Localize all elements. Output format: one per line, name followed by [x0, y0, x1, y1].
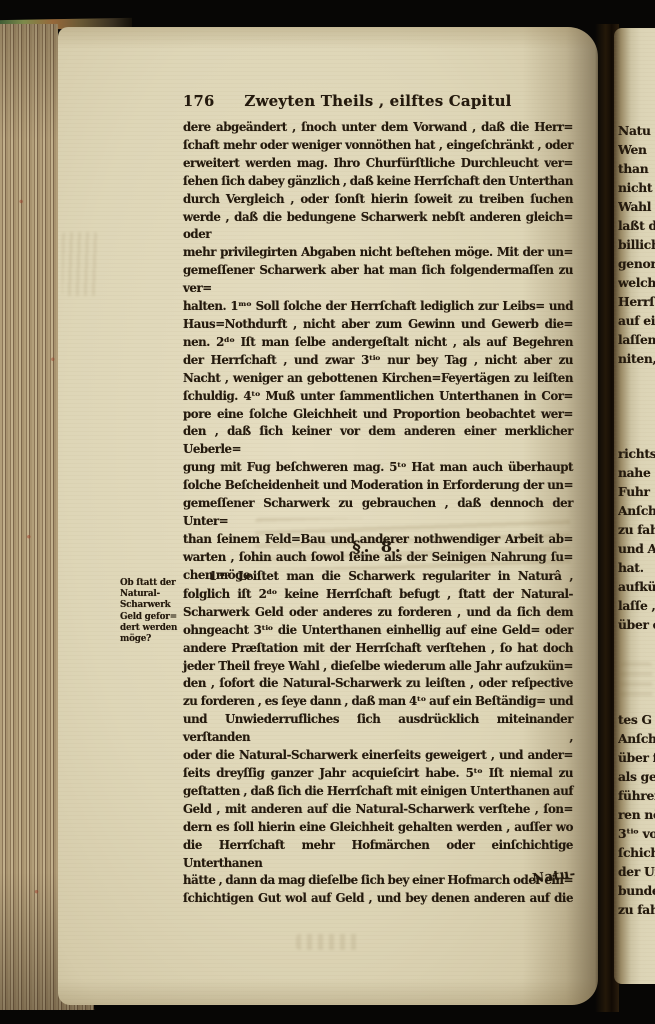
text-line: werde , daß die bedungene Scharwerk nebſ…: [183, 209, 573, 245]
text-line: ſchaft mehr oder weniger vonnöthen hat ,…: [183, 137, 573, 155]
text-line: ſolche Beſcheidenheit und Moderation in …: [183, 477, 573, 495]
showthrough-smudge: [62, 232, 98, 296]
text-fragment: über ſe: [618, 748, 655, 767]
text-line: dern es ſoll hierin eine Gleichheit geha…: [183, 819, 573, 837]
text-line: andere Præſtation mit der Herrſchaft ver…: [183, 640, 573, 658]
text-line: und Unwiederrufliches ſich ausdrücklich …: [183, 711, 573, 747]
text-line: den , daß ſich keiner vor dem anderen ei…: [183, 423, 573, 459]
text-line: erweitert werden mag. Ihro Churfürſtlich…: [183, 155, 573, 173]
text-fragment: nahe: [618, 463, 655, 482]
text-line: zu forderen , es ſeye dann , daß man 4ᵗᵒ…: [183, 693, 573, 711]
text-fragment: than: [618, 159, 655, 178]
text-fragment: aufkün: [618, 577, 655, 596]
text-fragment: richts: [618, 444, 655, 463]
text-fragment: und A: [618, 539, 655, 558]
margin-note-line: dert werden: [120, 623, 184, 634]
text-fragment: Wahl: [618, 197, 655, 216]
text-line: mehr privilegirten Abgaben nicht beſtehe…: [183, 244, 573, 262]
margin-note-line: Ob ſtatt der: [120, 578, 184, 589]
body-paragraph-1: dere abgeändert , ſnoch unter dem Vorwan…: [183, 119, 573, 585]
text-fragment: Anſch: [618, 501, 655, 520]
text-fragment: der Un: [618, 862, 655, 881]
text-line: durch Vergleich , oder ſonſt hierin ſowe…: [183, 191, 573, 209]
text-fragment: [618, 387, 655, 406]
text-fragment: über e: [618, 615, 655, 634]
text-fragment: ren nö: [618, 805, 655, 824]
text-line: Haus=Nothdurft , nicht aber zum Gewinn u…: [183, 316, 573, 334]
text-fragment: niten,: [618, 349, 655, 368]
text-line: folglich iſt 2ᵈᵒ keine Herrſchaft befugt…: [183, 586, 573, 604]
text-fragment: Anſch: [618, 729, 655, 748]
text-fragment: als ge: [618, 767, 655, 786]
running-header: Zweyten Theils , eilftes Capitul: [183, 92, 573, 110]
text-line: die Herrſchaft mehr Hofmärchen oder einſ…: [183, 837, 573, 873]
text-fragment: welch: [618, 273, 655, 292]
text-line: pore eine ſolche Gleichheit und Proporti…: [183, 406, 573, 424]
text-fragment: führen: [618, 786, 655, 805]
text-fragment: zu fahr: [618, 900, 655, 919]
text-fragment: Herrſ: [618, 292, 655, 311]
text-line: Geld , mit anderen auf die Natural-Schar…: [183, 801, 573, 819]
text-fragment: Fuhr: [618, 482, 655, 501]
margin-note-line: Geld gefor=: [120, 612, 184, 623]
text-line: jeder Theil freye Wahl , dieſelbe wieder…: [183, 658, 573, 676]
text-line: ſehen ſich dabey gänzlich , daß keine He…: [183, 173, 573, 191]
page-number: 176: [183, 93, 215, 110]
text-fragment: [618, 368, 655, 387]
margin-note: Ob ſtatt derNatural-ScharwerkGeld gefor=…: [120, 578, 184, 645]
text-fragment: [618, 634, 655, 653]
text-line: gung mit Fug beſchweren mag. 5ᵗᵒ Hat man…: [183, 459, 573, 477]
section-heading: §. 8.: [183, 537, 573, 556]
text-line: 1ᵐᵒ Leiſtet man die Scharwerk regularite…: [183, 568, 573, 586]
text-fragment: billich: [618, 235, 655, 254]
text-fragment: laſſen: [618, 330, 655, 349]
margin-note-line: Natural-: [120, 589, 184, 600]
text-fragment: ſchicht: [618, 843, 655, 862]
text-fragment: [618, 425, 655, 444]
text-line: ſchuldig. 4ᵗᵒ Muß unter ſammentlichen Un…: [183, 388, 573, 406]
book-photo: 176 Zweyten Theils , eilftes Capitul der…: [0, 0, 655, 1024]
next-page-text-fragments: NatuWenthannichtWahllaßt dbillichgenorwe…: [618, 121, 655, 931]
text-fragment: nicht: [618, 178, 655, 197]
text-fragment: [618, 672, 655, 691]
text-line: ſeits dreyſſig ganzer Jahr acquieſcirt h…: [183, 765, 573, 783]
text-fragment: bunden: [618, 881, 655, 900]
margin-note-line: möge?: [120, 634, 184, 645]
text-line: gemeſſener Scharwerk zu gebrauchen , daß…: [183, 495, 573, 531]
text-fragment: auf ei: [618, 311, 655, 330]
text-line: der Herrſchaft , und zwar 3ᵗⁱᵒ nur bey T…: [183, 352, 573, 370]
text-line: halten. 1ᵐᵒ Soll ſolche der Herrſchaft l…: [183, 298, 573, 316]
text-fragment: Wen: [618, 140, 655, 159]
body-paragraph-2: 1ᵐᵒ Leiſtet man die Scharwerk regularite…: [183, 568, 573, 908]
text-fragment: hat.: [618, 558, 655, 577]
text-line: Scharwerk Geld oder anderes zu forderen …: [183, 604, 573, 622]
text-fragment: tes G: [618, 710, 655, 729]
text-fragment: laſſe ,: [618, 596, 655, 615]
text-line: Nacht , weniger an gebottenen Kirchen=Fe…: [183, 370, 573, 388]
showthrough-smudge: [296, 934, 360, 950]
text-line: oder die Natural-Scharwerk einerſeits ge…: [183, 747, 573, 765]
text-line: geſtatten , daß ſich die Herrſchaft mit …: [183, 783, 573, 801]
text-fragment: zu fah: [618, 520, 655, 539]
text-fragment: [618, 406, 655, 425]
text-line: nen. 2ᵈᵒ Iſt man ſelbe andergeſtalt nich…: [183, 334, 573, 352]
text-fragment: 3ᵗⁱᵒ vo: [618, 824, 655, 843]
page-header: 176 Zweyten Theils , eilftes Capitul: [183, 92, 573, 112]
text-fragment: [618, 691, 655, 710]
text-line: den , ſofort die Natural-Scharwerk zu le…: [183, 675, 573, 693]
text-fragment: genor: [618, 254, 655, 273]
margin-note-line: Scharwerk: [120, 600, 184, 611]
text-line: ohngeacht 3ᵗⁱᵒ die Unterthanen einhellig…: [183, 622, 573, 640]
text-line: gemeſſener Scharwerk aber hat man ſich f…: [183, 262, 573, 298]
text-line: ſchichtigen Gut wol auf Geld , und bey d…: [183, 890, 573, 908]
text-fragment: [618, 653, 655, 672]
text-line: dere abgeändert , ſnoch unter dem Vorwan…: [183, 119, 573, 137]
text-fragment: Natu: [618, 121, 655, 140]
text-fragment: laßt d: [618, 216, 655, 235]
